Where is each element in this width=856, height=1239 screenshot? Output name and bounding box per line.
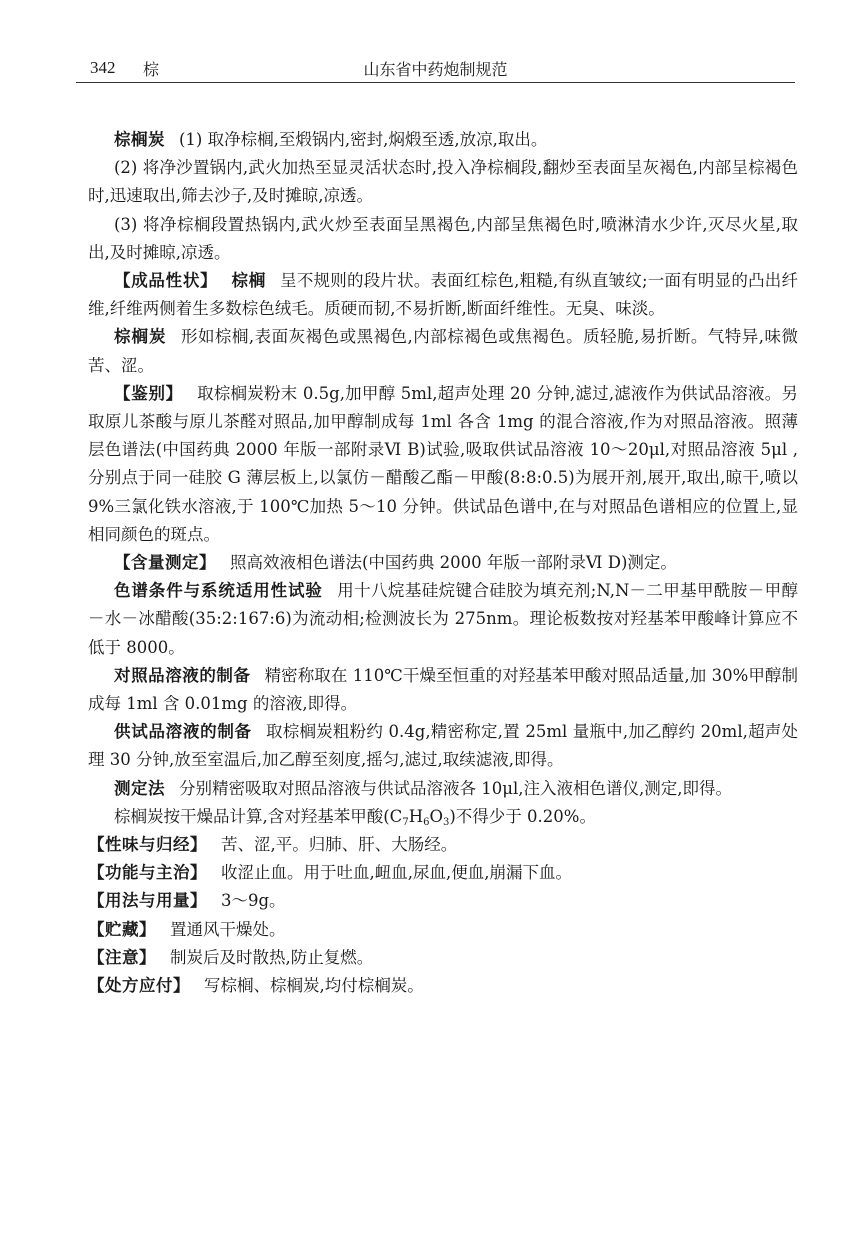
- storage-label: 【贮藏】: [88, 920, 156, 939]
- assay-limit: 棕榈炭按干燥品计算,含对羟基苯甲酸(C7H6O3)不得少于 0.20%。: [88, 803, 798, 831]
- assay-sample-label: 供试品溶液的制备: [114, 722, 252, 741]
- zonglvtan-method-2: (2) 将净沙置锅内,武火加热至显灵活状态时,投入净棕榈段,翻炒至表面呈灰褐色,…: [88, 154, 798, 210]
- identification-label: 【鉴别】: [114, 384, 183, 403]
- nature-section: 【性味与归经】苦、涩,平。归肺、肝、大肠经。: [88, 831, 798, 859]
- zonglvtan-method-1: 棕榈炭(1) 取净棕榈,至煅锅内,密封,焖煅至透,放凉,取出。: [88, 126, 798, 154]
- storage-text: 置通风干燥处。: [170, 920, 286, 939]
- zonglvtan-method-3: (3) 将净棕榈段置热锅内,武火炒至表面呈黑褐色,内部呈焦褐色时,喷淋清水少许,…: [88, 211, 798, 267]
- identification-section: 【鉴别】取棕榈炭粉末 0.5g,加甲醇 5ml,超声处理 20 分钟,滤过,滤液…: [88, 380, 798, 549]
- method-2-text: (2) 将净沙置锅内,武火加热至显灵活状态时,投入净棕榈段,翻炒至表面呈灰褐色,…: [88, 158, 798, 205]
- identification-text: 取棕榈炭粉末 0.5g,加甲醇 5ml,超声处理 20 分钟,滤过,滤液作为供试…: [88, 384, 798, 544]
- method-3-text: (3) 将净棕榈段置热锅内,武火炒至表面呈黑褐色,内部呈焦褐色时,喷淋清水少许,…: [88, 215, 798, 262]
- assay-method-label: 测定法: [114, 779, 165, 798]
- formula-element: H: [409, 807, 423, 826]
- assay-text: 照高效液相色谱法(中国药典 2000 年版一部附录Ⅵ D)测定。: [230, 553, 677, 572]
- assay-label: 【含量测定】: [114, 553, 216, 572]
- assay-limit-tail: )不得少于 0.20%。: [449, 807, 596, 826]
- assay-sample-prep: 供试品溶液的制备取棕榈炭粗粉约 0.4g,精密称定,置 25ml 量瓶中,加乙醇…: [88, 718, 798, 774]
- formula-element: O: [429, 807, 443, 826]
- function-label: 【功能与主治】: [88, 863, 207, 882]
- caution-label: 【注意】: [88, 948, 156, 967]
- assay-reference-prep: 对照品溶液的制备精密称取在 110℃干燥至恒重的对羟基苯甲酸对照品适量,加 30…: [88, 662, 798, 718]
- assay-method-text: 分别精密吸取对照品溶液与供试品溶液各 10μl,注入液相色谱仪,测定,即得。: [179, 779, 732, 798]
- properties-sub2-text: 形如棕榈,表面灰褐色或黑褐色,内部棕褐色或焦褐色。质轻脆,易折断。气特异,味微苦…: [88, 327, 798, 374]
- page-header: 342 棕 山东省中药炮制规范: [76, 52, 795, 83]
- caution-text: 制炭后及时散热,防止复燃。: [170, 948, 373, 967]
- assay-conditions-label: 色谱条件与系统适用性试验: [114, 581, 323, 600]
- assay-reference-label: 对照品溶液的制备: [114, 666, 251, 685]
- properties-label: 【成品性状】: [114, 271, 217, 290]
- page-body: 棕榈炭(1) 取净棕榈,至煅锅内,密封,焖煅至透,放凉,取出。 (2) 将净沙置…: [88, 126, 798, 1000]
- prescription-section: 【处方应付】写棕榈、棕榈炭,均付棕榈炭。: [88, 972, 798, 1000]
- prescription-label: 【处方应付】: [88, 976, 190, 995]
- zonglvtan-label: 棕榈炭: [114, 130, 165, 149]
- properties-sub2: 棕榈炭形如棕榈,表面灰褐色或黑褐色,内部棕褐色或焦褐色。质轻脆,易折断。气特异,…: [88, 323, 798, 379]
- properties-section: 【成品性状】棕榈呈不规则的段片状。表面红棕色,粗糙,有纵直皱纹;一面有明显的凸出…: [88, 267, 798, 323]
- nature-text: 苦、涩,平。归肺、肝、大肠经。: [221, 835, 457, 854]
- assay-method: 测定法分别精密吸取对照品溶液与供试品溶液各 10μl,注入液相色谱仪,测定,即得…: [88, 775, 798, 803]
- prescription-text: 写棕榈、棕榈炭,均付棕榈炭。: [204, 976, 424, 995]
- properties-sub1-label: 棕榈: [231, 271, 266, 290]
- running-title: 山东省中药炮制规范: [76, 57, 795, 80]
- caution-section: 【注意】制炭后及时散热,防止复燃。: [88, 944, 798, 972]
- nature-label: 【性味与归经】: [88, 835, 207, 854]
- assay-limit-text: 棕榈炭按干燥品计算,含对羟基苯甲酸(C: [114, 807, 402, 826]
- storage-section: 【贮藏】置通风干燥处。: [88, 916, 798, 944]
- dosage-text: 3～9g。: [221, 891, 286, 910]
- properties-sub2-label: 棕榈炭: [114, 327, 166, 346]
- dosage-section: 【用法与用量】3～9g。: [88, 887, 798, 915]
- function-section: 【功能与主治】收涩止血。用于吐血,衄血,尿血,便血,崩漏下血。: [88, 859, 798, 887]
- function-text: 收涩止血。用于吐血,衄血,尿血,便血,崩漏下血。: [221, 863, 572, 882]
- dosage-label: 【用法与用量】: [88, 891, 207, 910]
- method-1-text: (1) 取净棕榈,至煅锅内,密封,焖煅至透,放凉,取出。: [179, 130, 547, 149]
- assay-section: 【含量测定】照高效液相色谱法(中国药典 2000 年版一部附录Ⅵ D)测定。: [88, 549, 798, 577]
- assay-conditions: 色谱条件与系统适用性试验用十八烷基硅烷键合硅胶为填充剂;N,N－二甲基甲酰胺－甲…: [88, 577, 798, 662]
